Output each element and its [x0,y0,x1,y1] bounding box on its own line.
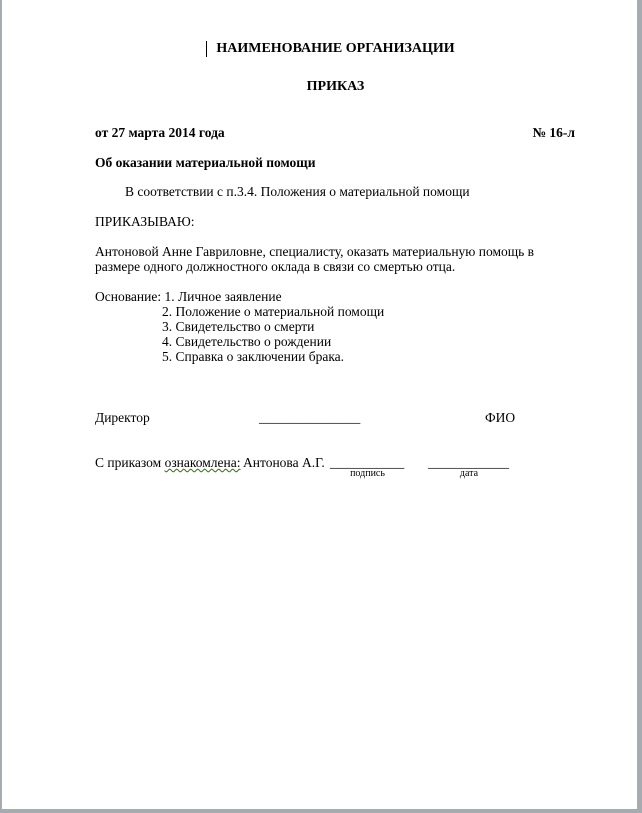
date-caption: дата [428,468,510,479]
order-number: № 16-л [532,125,575,140]
date-number-row: от 27 марта 2014 года № 16-л [93,125,578,140]
grounds-item: 4. Свидетельство о рождении [95,334,580,349]
director-row: Директор _______________ ФИО [93,410,578,425]
grounds-block: Основание: 1. Личное заявление 2. Положе… [95,289,580,364]
grounds-item: 1. Личное заявление [164,289,281,304]
order-verb: ПРИКАЗЫВАЮ: [95,214,195,229]
grounds-item: 5. Справка о заключении брака. [95,349,580,364]
grounds-item: 2. Положение о материальной помощи [95,304,580,319]
grounds-line: Основание: 1. Личное заявление [95,289,580,304]
director-label: Директор [95,410,150,425]
signature-caption: подпись [330,468,405,479]
grounds-item: 3. Свидетельство о смерти [95,319,580,334]
document-type-heading: ПРИКАЗ [93,78,578,95]
order-body-paragraph: Антоновой Анне Гавриловне, специалисту, … [95,244,580,274]
order-date: от 27 марта 2014 года [95,125,225,140]
director-signature-blank: _______________ [259,410,360,425]
basis-intro: В соответствии с п.3.4. Положения о мате… [95,184,470,199]
organization-title: НАИМЕНОВАНИЕ ОРГАНИЗАЦИИ [93,40,578,57]
fio-label: ФИО [485,410,515,425]
order-subject: Об оказании материальной помощи [95,155,315,170]
document-page[interactable]: НАИМЕНОВАНИЕ ОРГАНИЗАЦИИ ПРИКАЗ от 27 ма… [0,0,642,813]
caption-row: подпись дата [93,468,578,483]
grounds-label: Основание: [95,289,161,304]
